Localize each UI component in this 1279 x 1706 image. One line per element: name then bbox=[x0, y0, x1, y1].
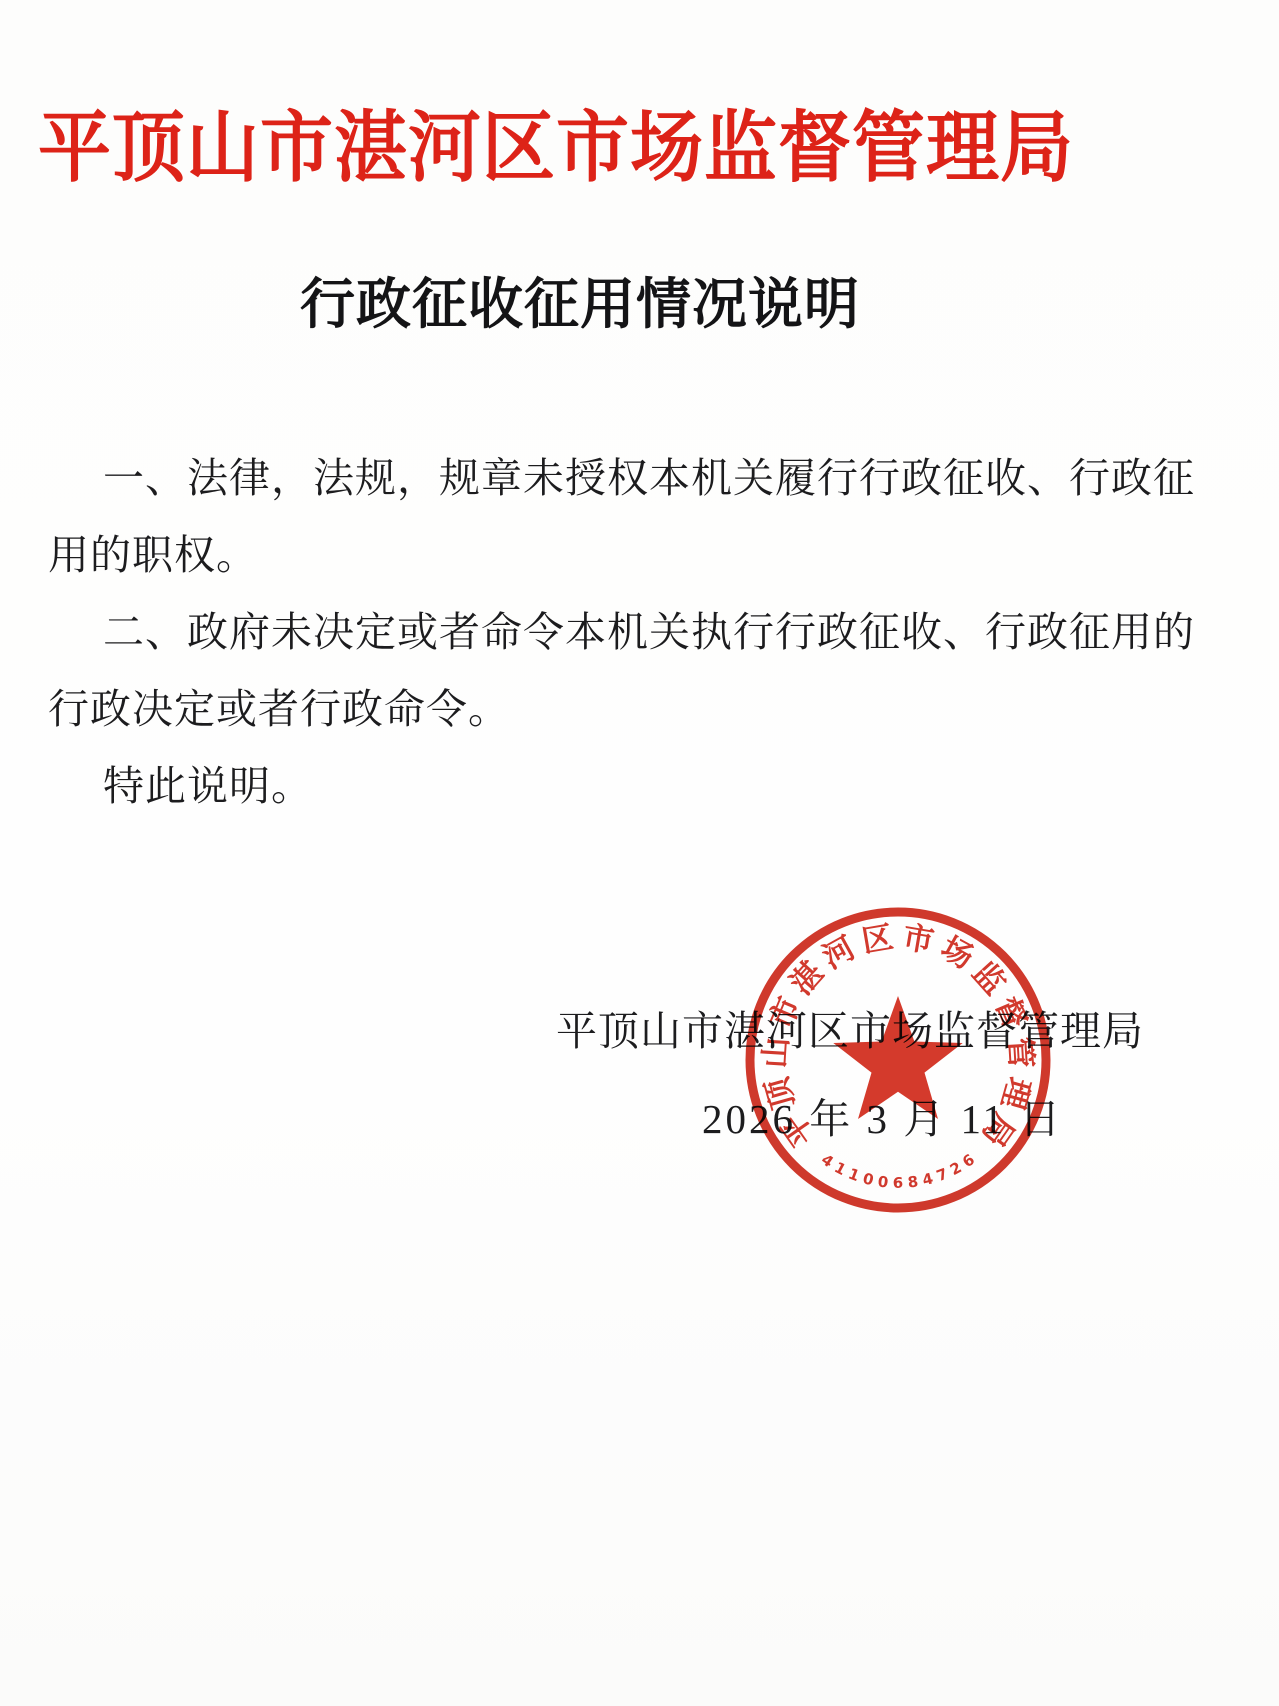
official-seal-stamp: 平顶山市湛河区市场监督管理局41100684726 bbox=[738, 896, 1060, 1228]
seal-code-digit: 4 bbox=[921, 1169, 935, 1189]
body-line: 用的职权。 bbox=[48, 517, 1188, 594]
document-title: 行政征收征用情况说明 bbox=[0, 260, 1160, 339]
seal-code-digit: 1 bbox=[831, 1158, 849, 1179]
seal-code-digit: 6 bbox=[893, 1174, 903, 1192]
body-line: 一、法律，法规，规章未授权本机关履行行政征收、行政征 bbox=[48, 440, 1188, 517]
seal-code-digit: 0 bbox=[861, 1169, 875, 1189]
agency-header-title: 平顶山市湛河区市场监督管理局 bbox=[26, 85, 1086, 196]
seal-char: 督 bbox=[989, 992, 1033, 1034]
document-body: 一、法律，法规，规章未授权本机关履行行政征收、行政征 用的职权。 二、政府未决定… bbox=[48, 440, 1188, 825]
body-line: 二、政府未决定或者命令本机关执行行政征收、行政征用的 bbox=[48, 594, 1188, 671]
body-line: 行政决定或者行政命令。 bbox=[48, 671, 1188, 748]
seal-code-digit: 6 bbox=[959, 1150, 978, 1171]
body-line: 特此说明。 bbox=[48, 748, 1188, 825]
seal-code-digit: 1 bbox=[846, 1165, 862, 1186]
seal-char: 管 bbox=[1002, 1036, 1039, 1069]
seal-code-digit: 7 bbox=[934, 1165, 950, 1186]
seal-char: 区 bbox=[859, 919, 895, 959]
seal-char: 山 bbox=[757, 1036, 794, 1069]
seal-star-icon bbox=[833, 996, 962, 1119]
seal-code-digit: 8 bbox=[907, 1173, 920, 1192]
seal-char: 理 bbox=[995, 1074, 1037, 1113]
seal-char: 市 bbox=[763, 992, 807, 1034]
seal-char: 市 bbox=[900, 919, 936, 959]
document-page: 平顶山市湛河区市场监督管理局 行政征收征用情况说明 一、法律，法规，规章未授权本… bbox=[0, 0, 1279, 1706]
seal-code-digit: 0 bbox=[877, 1173, 890, 1192]
seal-char: 顶 bbox=[759, 1073, 801, 1113]
